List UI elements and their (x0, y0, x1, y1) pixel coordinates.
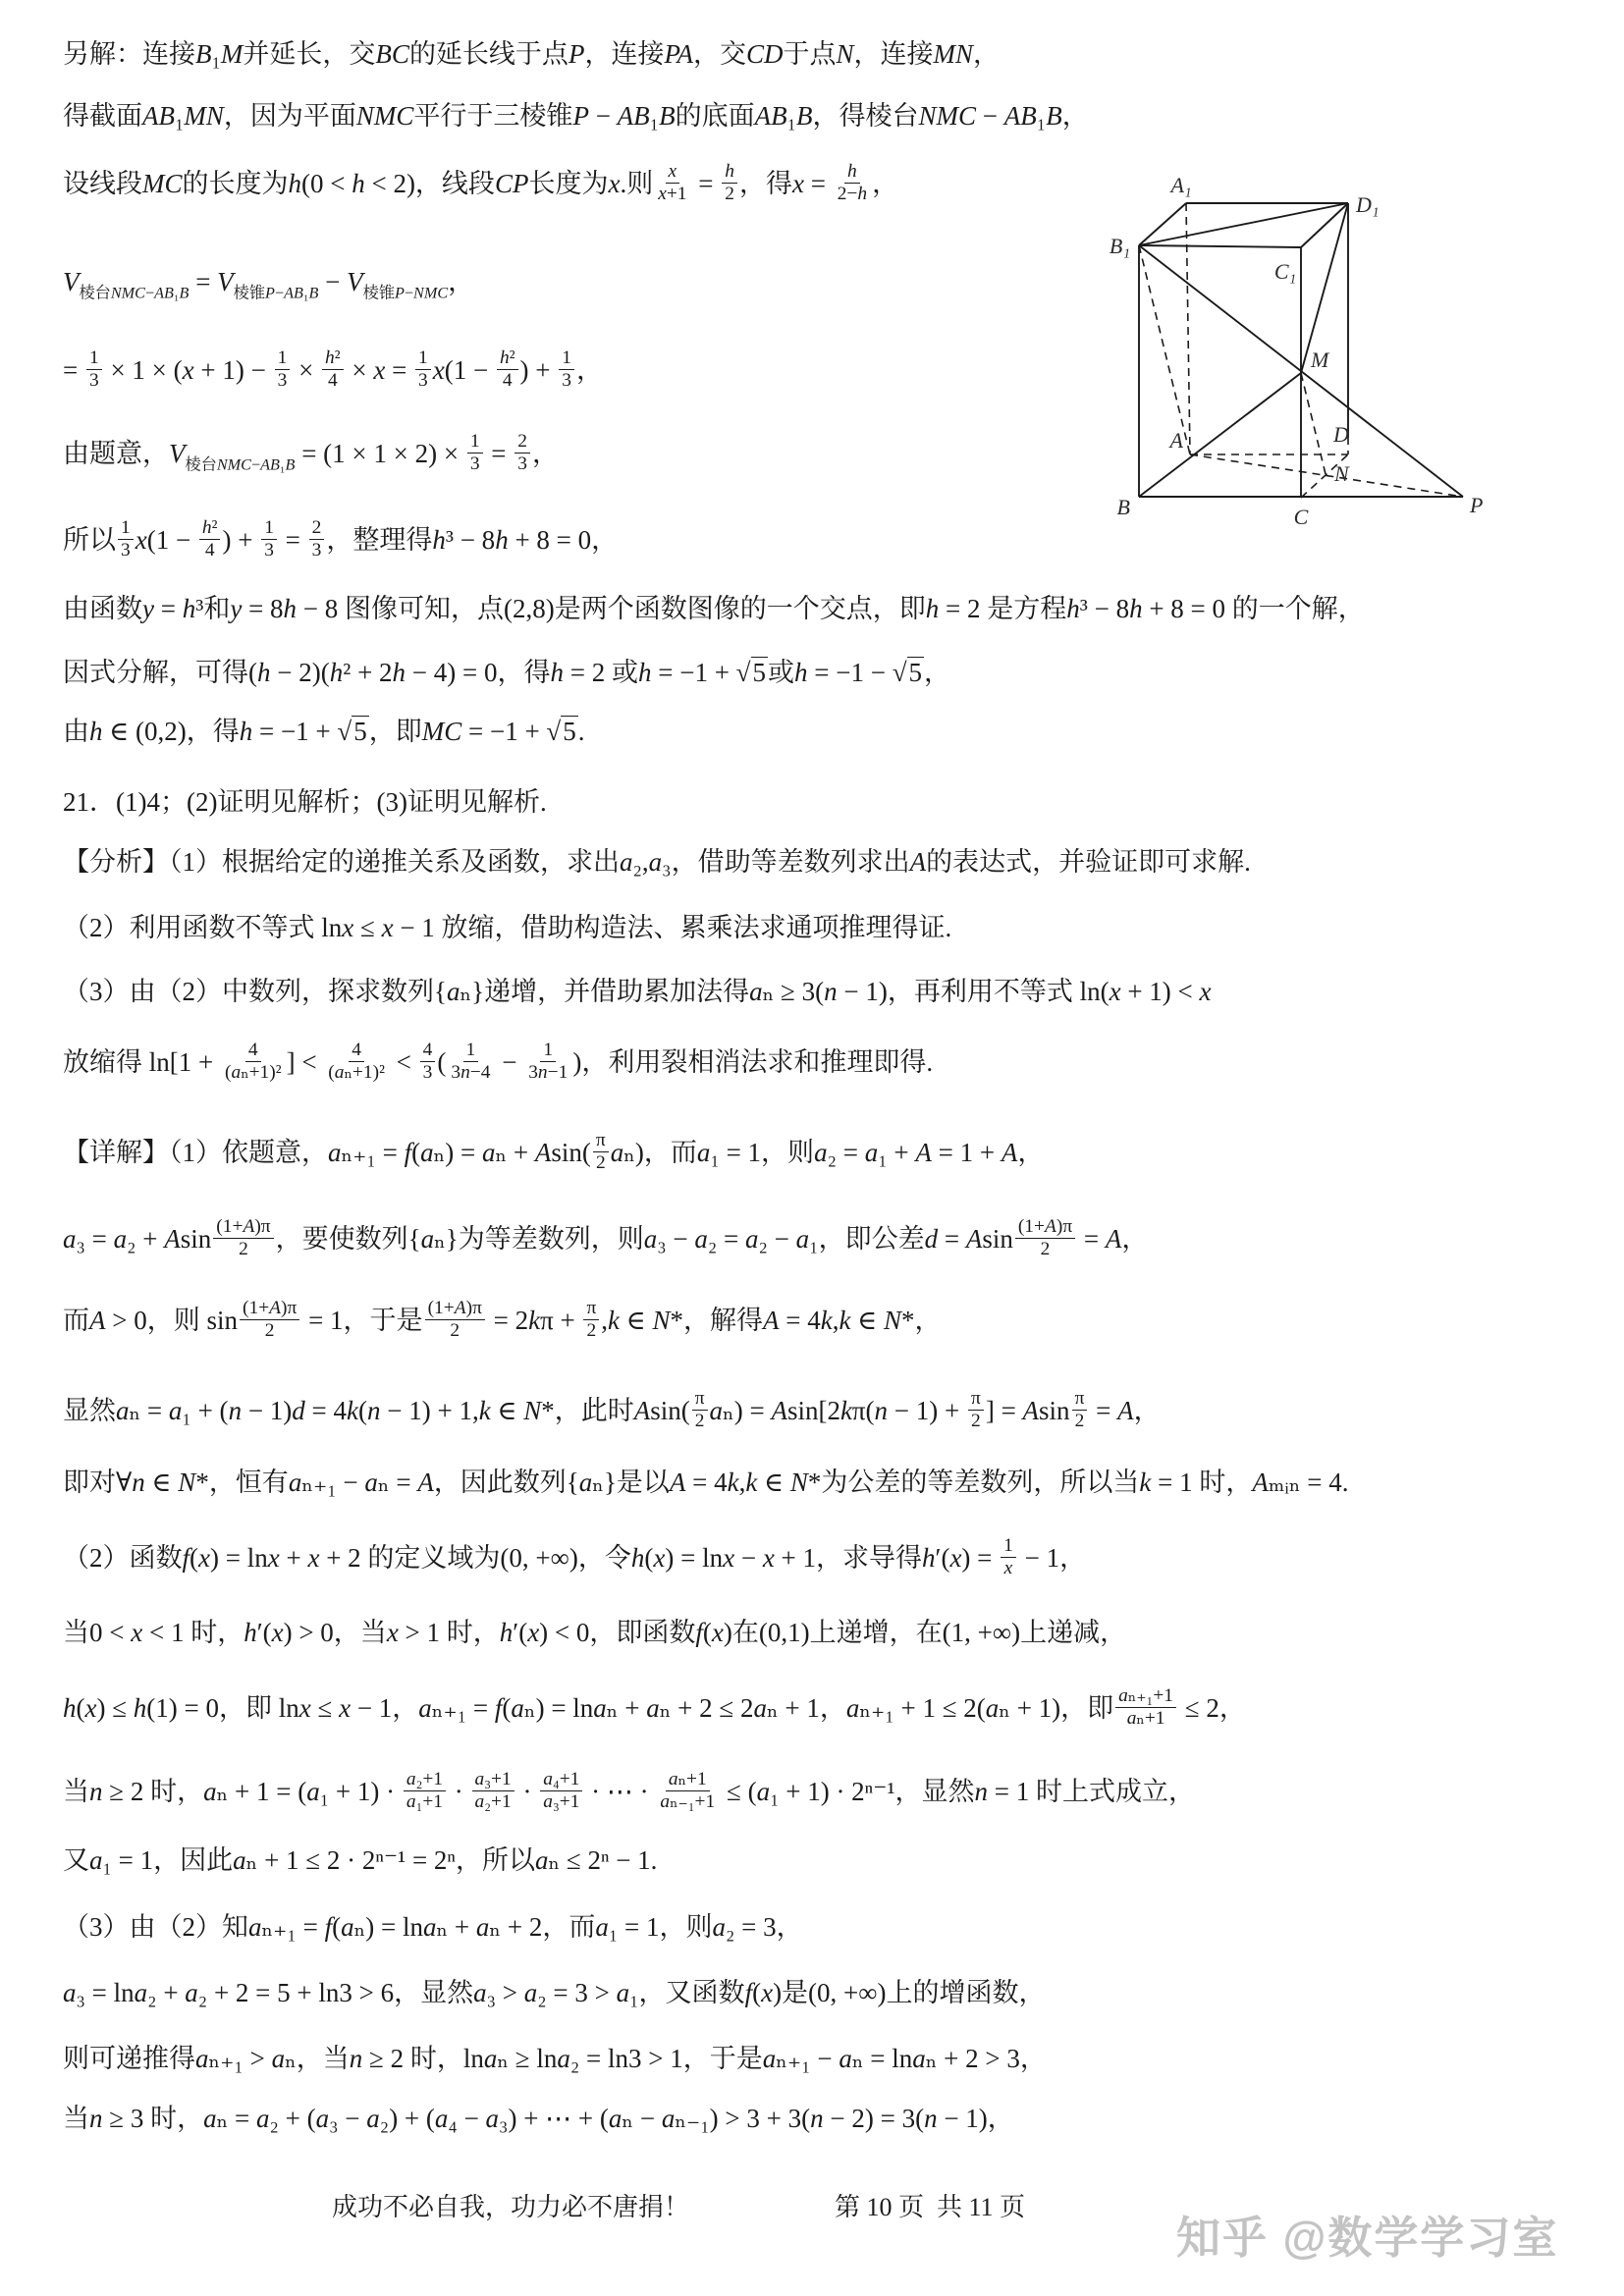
detail-line-2: a₃ = a₂ + Asin(1+A)π2，要使数列{aₙ}为等差数列，则a₃ … (63, 1219, 1148, 1264)
detail-line-4: 显然aₙ = a₁ + (n − 1)d = 4k(n − 1) + 1,k ∈… (63, 1391, 1161, 1436)
edge-A1-A (1186, 203, 1190, 454)
vertex-label-A: A (1168, 428, 1184, 453)
vertex-label-A1: A₁ (1168, 173, 1191, 197)
detail-line-5: 即对∀n ∈ N*，恒有aₙ₊₁ − aₙ = A，因此数列{aₙ}是以A = … (63, 1465, 1349, 1500)
page: { "document": { "lines": [ "另解：连接B₁M并延长，… (0, 0, 1624, 2296)
solution-line-6: 由题意，V棱台NMC−AB₁B = (1 × 1 × 2) × 13 = 23， (63, 434, 559, 479)
detail-line-7: 当0 < x < 1 时，h′(x) > 0，当x > 1 时，h′(x) < … (63, 1615, 1126, 1650)
geometry-diagram: A₁ D₁ B₁ C₁ M A D N B C P (1065, 98, 1517, 550)
solution-line-3: 设线段MC的长度为h(0 < h < 2)，线段CP长度为x.则xx+1 = h… (63, 164, 898, 209)
edge-B1-A (1139, 245, 1190, 454)
analysis-line-4: 放缩得 ln[1 + 4(aₙ+1)²] < 4(aₙ+1)² < 43(13n… (63, 1042, 933, 1088)
detail-line-12: a₃ = lna₂ + a₂ + 2 = 5 + ln3 > 6，显然a₃ > … (63, 1975, 1046, 2010)
detail-line-13: 则可递推得aₙ₊₁ > aₙ，当n ≥ 2 时，lnaₙ ≥ lna₂ = ln… (63, 2041, 1047, 2076)
solution-line-1: 另解：连接B₁M并延长，交BC的延长线于点P，连接PA，交CD于点N，连接MN， (63, 36, 1000, 72)
vertex-label-P: P (1469, 493, 1483, 517)
vertex-label-C1: C₁ (1274, 259, 1296, 284)
vertex-label-D1: D₁ (1355, 192, 1380, 217)
footer-page-indicator: 第 10 页 共 11 页 (835, 2187, 1025, 2223)
detail-line-6: （2）函数f(x) = lnx + x + 2 的定义域为(0, +∞)，令h(… (63, 1538, 1086, 1583)
edge-M-B (1139, 373, 1301, 497)
edge-A-P (1190, 454, 1463, 497)
detail-line-11: （3）由（2）知aₙ₊₁ = f(aₙ) = lnaₙ + aₙ + 2，而a₁… (63, 1909, 803, 1945)
diagonal-B1-D1 (1139, 203, 1348, 245)
solution-line-9: 因式分解，可得(h − 2)(h² + 2h − 4) = 0，得h = 2 或… (63, 655, 950, 690)
detail-line-10: 又a₁ = 1，因此aₙ + 1 ≤ 2 · 2ⁿ⁻¹ = 2ⁿ，所以aₙ ≤ … (63, 1842, 657, 1878)
watermark: 知乎 @数学学习室 (1176, 2202, 1624, 2266)
edge-B1-A1 (1139, 203, 1186, 245)
detail-line-3: 而A > 0，则 sin(1+A)π2 = 1，于是(1+A)π2 = 2kπ … (63, 1301, 942, 1346)
detail-line-14: 当n ≥ 3 时，aₙ = a₂ + (a₃ − a₂) + (a₄ − a₃)… (63, 2101, 1014, 2136)
footer-motto: 成功不必自我，功力必不唐捐！ (332, 2187, 689, 2223)
vertex-label-C: C (1294, 505, 1309, 529)
answer-line-21: 21．(1)4；(2)证明见解析；(3)证明见解析. (63, 784, 547, 820)
detail-line-1: 【详解】（1）依题意，aₙ₊₁ = f(aₙ) = aₙ + Asin(π2aₙ… (63, 1133, 1044, 1178)
solution-line-4: V棱台NMC−AB₁B = V棱锥P−AB₁B − V棱锥P−NMC， (63, 264, 474, 300)
analysis-line-2: （2）利用函数不等式 lnx ≤ x − 1 放缩，借助构造法、累乘法求通项推理… (63, 910, 951, 945)
vertex-label-B: B (1117, 495, 1130, 519)
detail-line-9: 当n ≥ 2 时，aₙ + 1 = (a₁ + 1) · a₂+1a₁+1 · … (63, 1772, 1195, 1817)
solution-line-5: = 13 × 1 × (x + 1) − 13 × h²4 × x = 13x(… (63, 350, 603, 396)
detail-line-8: h(x) ≤ h(1) = 0，即 lnx ≤ x − 1，aₙ₊₁ = f(a… (63, 1688, 1246, 1734)
edge-C1-B1 (1139, 245, 1301, 247)
vertex-label-B1: B₁ (1110, 234, 1130, 258)
vertex-label-N: N (1333, 461, 1350, 486)
solution-line-2: 得截面AB₁MN，因为平面NMC平行于三棱锥P − AB₁B的底面AB₁B，得棱… (63, 98, 1089, 133)
solution-line-10: 由h ∈ (0,2)，得h = −1 + √5，即MC = −1 + √5. (63, 714, 585, 749)
analysis-line-1: 【分析】（1）根据给定的递推关系及函数，求出a₂,a₃，借助等差数列求出A的表达… (63, 844, 1251, 880)
vertex-label-M: M (1310, 347, 1330, 372)
analysis-line-3: （3）由（2）中数列，探求数列{aₙ}递增，并借助累加法得aₙ ≥ 3(n − … (63, 974, 1212, 1009)
solution-line-7: 所以13x(1 − h²4) + 13 = 23，整理得h³ − 8h + 8 … (63, 520, 618, 565)
vertex-label-D: D (1332, 422, 1349, 447)
solution-line-8: 由函数y = h³和y = 8h − 8 图像可知，点(2,8)是两个函数图像的… (63, 591, 1365, 626)
